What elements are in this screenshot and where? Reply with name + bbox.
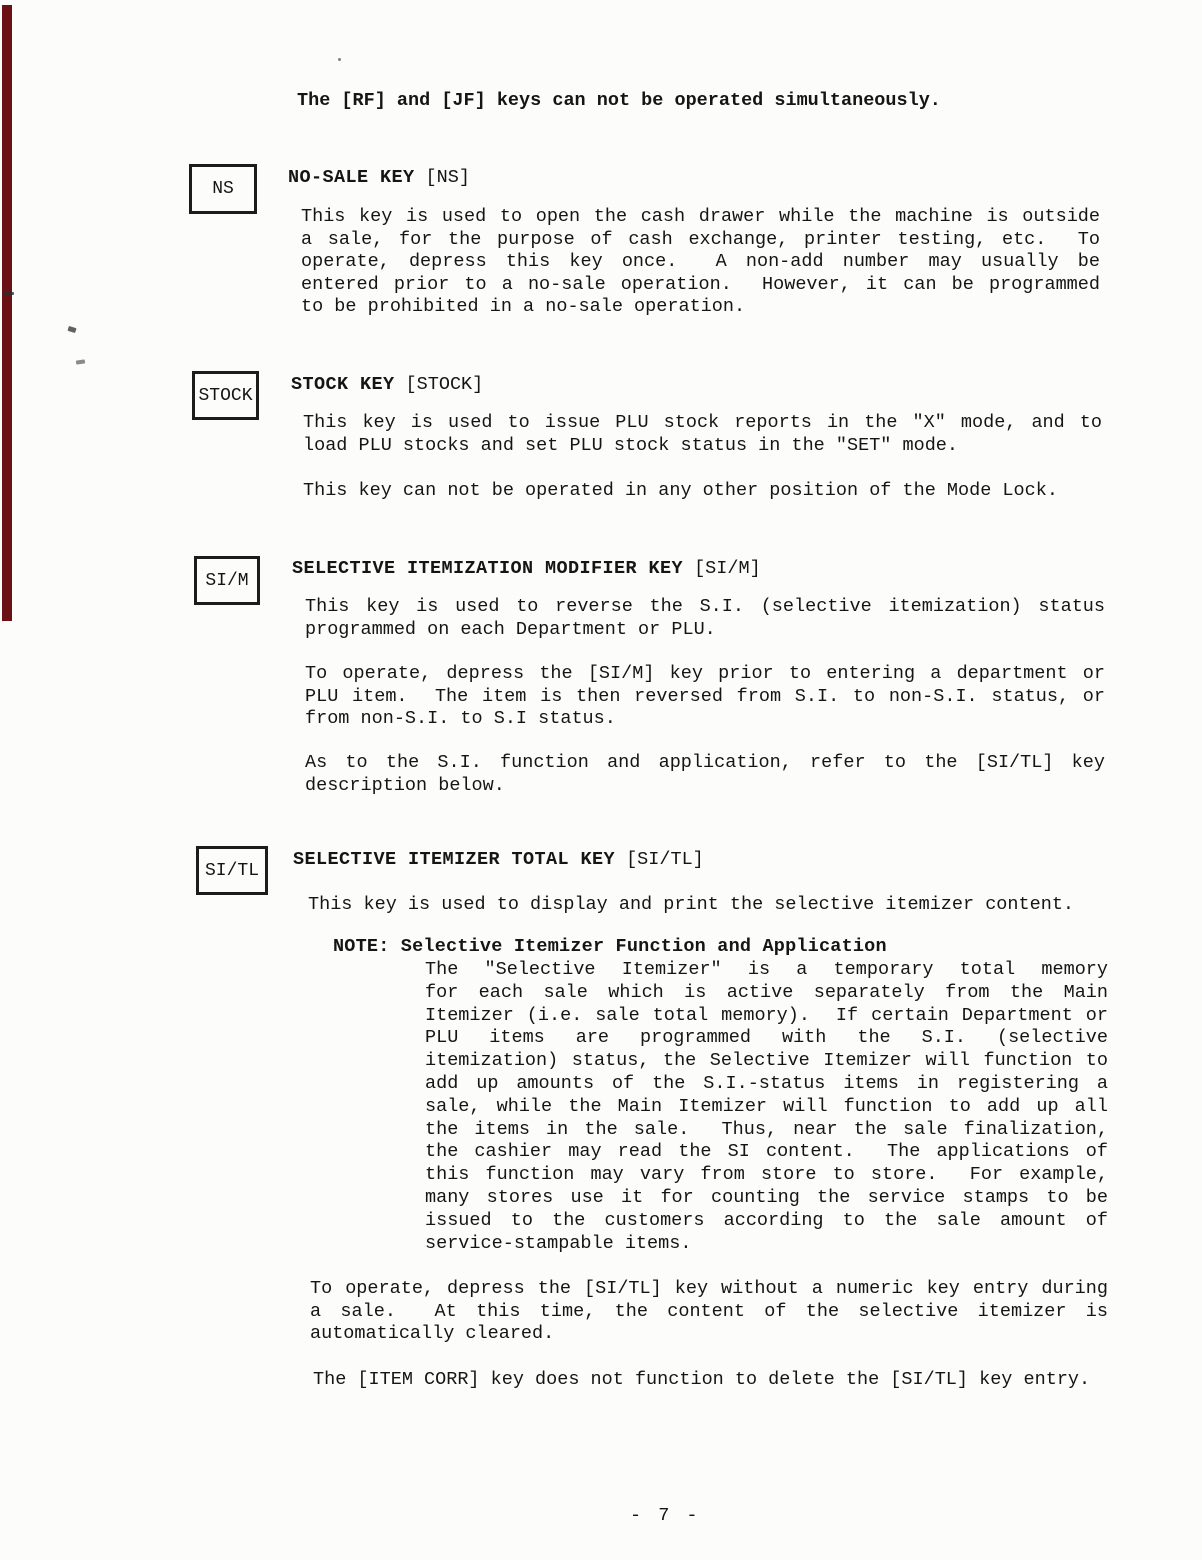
sim-paragraph-3: As to the S.I. function and application,… xyxy=(305,752,1105,797)
heading-title: STOCK KEY xyxy=(291,374,395,395)
intro-line: The [RF] and [JF] keys can not be operat… xyxy=(297,90,941,111)
scan-speck xyxy=(67,326,76,333)
key-stock-label: STOCK xyxy=(198,386,252,406)
text-line: sale, while the Main Itemizer will funct… xyxy=(425,1096,1108,1119)
page-number: - 7 - xyxy=(630,1505,701,1526)
sitl-paragraph-3: The [ITEM CORR] key does not function to… xyxy=(313,1369,1111,1392)
note-heading: NOTE: Selective Itemizer Function and Ap… xyxy=(333,936,887,957)
text-line: to be prohibited in a no-sale operation. xyxy=(301,296,1100,319)
heading-selective-itemizer-total-key: SELECTIVE ITEMIZER TOTAL KEY[SI/TL] xyxy=(293,849,704,870)
text-line: from non-S.I. to S.I status. xyxy=(305,708,1105,731)
text-line: add up amounts of the S.I.-status items … xyxy=(425,1073,1108,1096)
text-line: the items in the sale. Thus, near the sa… xyxy=(425,1119,1108,1142)
text-line: This key is used to reverse the S.I. (se… xyxy=(305,596,1105,619)
heading-title: NO-SALE KEY xyxy=(288,167,415,188)
heading-key-ref: [NS] xyxy=(426,167,470,188)
text-line: for each sale which is active separately… xyxy=(425,982,1108,1005)
sitl-paragraph-2: To operate, depress the [SI/TL] key with… xyxy=(310,1278,1108,1346)
stock-paragraph-2: This key can not be operated in any othe… xyxy=(303,480,1102,503)
text-line: This key is used to open the cash drawer… xyxy=(301,206,1100,229)
text-line: operate, depress this key once. A non-ad… xyxy=(301,251,1100,274)
scan-speck xyxy=(338,58,341,61)
scan-speck xyxy=(4,292,14,295)
text-line: The "Selective Itemizer" is a temporary … xyxy=(425,959,1108,982)
key-stock: STOCK xyxy=(192,371,259,420)
text-line: a sale, for the purpose of cash exchange… xyxy=(301,229,1100,252)
text-line: many stores use it for counting the serv… xyxy=(425,1187,1108,1210)
heading-stock-key: STOCK KEY[STOCK] xyxy=(291,374,483,395)
text-line: PLU item. The item is then reversed from… xyxy=(305,686,1105,709)
text-line: description below. xyxy=(305,775,1105,798)
text-line: programmed on each Department or PLU. xyxy=(305,619,1105,642)
sim-paragraph-1: This key is used to reverse the S.I. (se… xyxy=(305,596,1105,641)
text-line: To operate, depress the [SI/TL] key with… xyxy=(310,1278,1108,1301)
text-line: This key is used to issue PLU stock repo… xyxy=(303,412,1102,435)
stock-paragraph-1: This key is used to issue PLU stock repo… xyxy=(303,412,1102,457)
text-line: itemization) status, the Selective Itemi… xyxy=(425,1050,1108,1073)
text-line: issued to the customers according to the… xyxy=(425,1210,1108,1233)
text-line: The [ITEM CORR] key does not function to… xyxy=(313,1369,1111,1392)
text-line: entered prior to a no-sale operation. Ho… xyxy=(301,274,1100,297)
scanned-manual-page: The [RF] and [JF] keys can not be operat… xyxy=(0,0,1202,1560)
text-line: load PLU stocks and set PLU stock status… xyxy=(303,435,1102,458)
key-ns: NS xyxy=(189,164,257,214)
key-ns-label: NS xyxy=(212,179,234,199)
note-body: The "Selective Itemizer" is a temporary … xyxy=(425,959,1108,1255)
scan-speck xyxy=(76,359,85,364)
heading-key-ref: [STOCK] xyxy=(406,374,484,395)
heading-title: SELECTIVE ITEMIZATION MODIFIER KEY xyxy=(292,558,683,579)
text-line: automatically cleared. xyxy=(310,1323,1108,1346)
left-accent-bar xyxy=(2,5,12,621)
text-line: Itemizer (i.e. sale total memory). If ce… xyxy=(425,1005,1108,1028)
text-line: This key is used to display and print th… xyxy=(308,894,1103,917)
text-line: PLU items are programmed with the S.I. (… xyxy=(425,1027,1108,1050)
text-line: the cashier may read the SI content. The… xyxy=(425,1141,1108,1164)
heading-key-ref: [SI/TL] xyxy=(626,849,704,870)
key-si-tl-label: SI/TL xyxy=(205,861,259,881)
text-line: To operate, depress the [SI/M] key prior… xyxy=(305,663,1105,686)
text-line: this function may vary from store to sto… xyxy=(425,1164,1108,1187)
heading-key-ref: [SI/M] xyxy=(694,558,761,579)
sim-paragraph-2: To operate, depress the [SI/M] key prior… xyxy=(305,663,1105,731)
heading-title: SELECTIVE ITEMIZER TOTAL KEY xyxy=(293,849,615,870)
key-si-tl: SI/TL xyxy=(196,846,268,895)
heading-no-sale-key: NO-SALE KEY[NS] xyxy=(288,167,470,188)
text-line: This key can not be operated in any othe… xyxy=(303,480,1102,503)
text-line: As to the S.I. function and application,… xyxy=(305,752,1105,775)
heading-selective-itemization-modifier-key: SELECTIVE ITEMIZATION MODIFIER KEY[SI/M] xyxy=(292,558,761,579)
text-line: a sale. At this time, the content of the… xyxy=(310,1301,1108,1324)
text-line: service-stampable items. xyxy=(425,1233,1108,1256)
ns-paragraph-1: This key is used to open the cash drawer… xyxy=(301,206,1100,319)
sitl-paragraph-1: This key is used to display and print th… xyxy=(308,894,1103,917)
key-si-m-label: SI/M xyxy=(205,571,248,591)
key-si-m: SI/M xyxy=(194,556,260,605)
